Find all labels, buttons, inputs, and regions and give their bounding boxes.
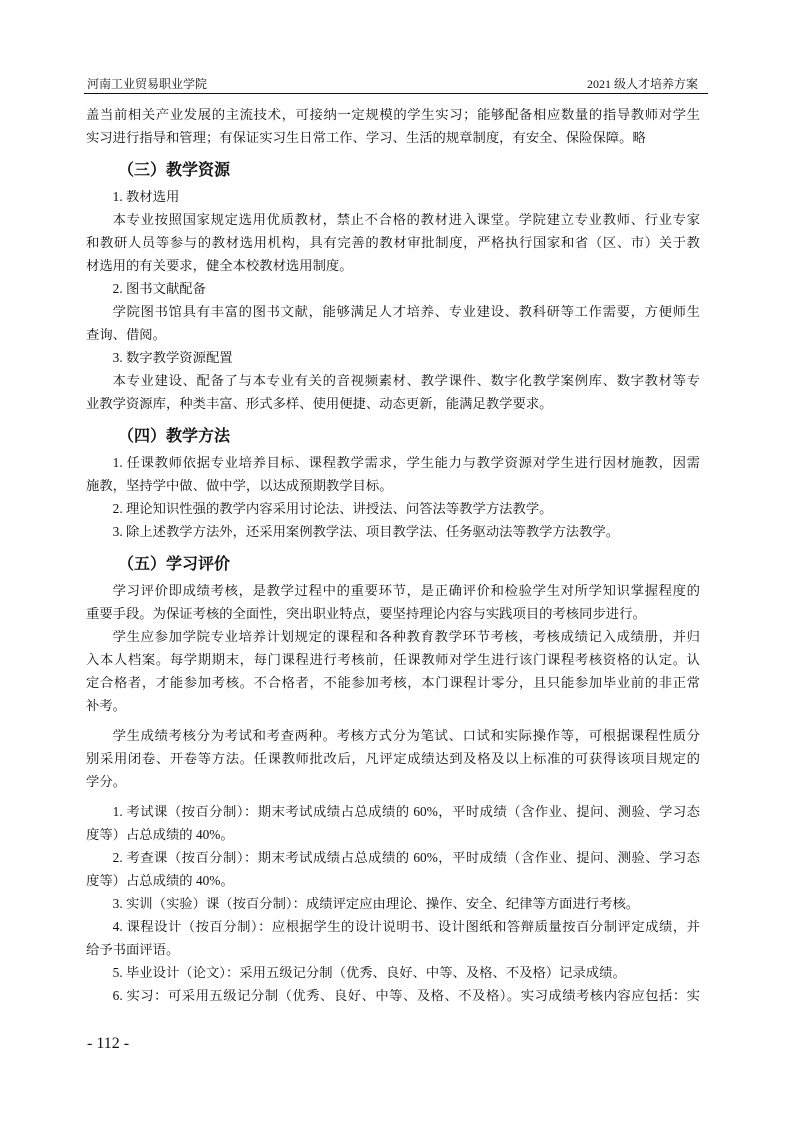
- text-line: 3. 数字教学资源配置: [86, 346, 700, 369]
- list-item: 2. 理论知识性强的教学内容采用讨论法、讲授法、问答法等教学方法教学。: [86, 497, 700, 520]
- text-line: 业教学资源库，种类丰富、形式多样、使用便捷、动态更新，能满足教学要求。: [86, 392, 700, 415]
- text-line: 3. 实训（实验）课（按百分制）：成绩评定应由理论、操作、安全、纪律等方面进行考…: [86, 892, 700, 915]
- text-line: 1. 考试课（按百分制）：期末考试成绩占总成绩的 60%，平时成绩（含作业、提问…: [86, 800, 700, 823]
- section-heading: （五）学习评价: [86, 551, 700, 579]
- text-line: 6. 实习：可采用五级记分制（优秀、良好、中等、及格、不及格）。实习成绩考核内容…: [86, 984, 700, 1007]
- text-line: 2. 理论知识性强的教学内容采用讨论法、讲授法、问答法等教学方法教学。: [86, 497, 700, 520]
- list-item: 4. 课程设计（按百分制）：应根据学生的设计说明书、设计图纸和答辩质量按百分制评…: [86, 915, 700, 961]
- text-line: 学生应参加学院专业培养计划规定的课程和各种教育教学环节考核，考核成绩记入成绩册，…: [86, 625, 700, 648]
- text-line: 学生成绩考核分为考试和考查两种。考核方式分为笔试、口试和实际操作等，可根据课程性…: [86, 724, 700, 747]
- text-line: 度等）占总成绩的 40%。: [86, 869, 700, 892]
- text-line: 5. 毕业设计（论文）：采用五级记分制（优秀、良好、中等、及格、不及格）记录成绩…: [86, 961, 700, 984]
- list-item: 5. 毕业设计（论文）：采用五级记分制（优秀、良好、中等、及格、不及格）记录成绩…: [86, 961, 700, 984]
- text-line: 学院图书馆具有丰富的图书文献，能够满足人才培养、专业建设、教科研等工作需要，方便…: [86, 300, 700, 323]
- text-line: 补考。: [86, 694, 700, 717]
- text-line: 材选用的有关要求，健全本校教材选用制度。: [86, 254, 700, 277]
- paragraph-library-resources: 学院图书馆具有丰富的图书文献，能够满足人才培养、专业建设、教科研等工作需要，方便…: [86, 300, 700, 346]
- text-line: 实习进行指导和管理；有保证实习生日常工作、学习、生活的规章制度，有安全、保险保障…: [86, 126, 700, 149]
- document-page: 河南工业贸易职业学院 2021 级人才培养方案 盖当前相关产业发展的主流技术，可…: [0, 0, 793, 1122]
- text-line: 施教，坚持学中做、做中学，以达成预期教学目标。: [86, 474, 700, 497]
- text-line: 4. 课程设计（按百分制）：应根据学生的设计说明书、设计图纸和答辩质量按百分制评…: [86, 915, 700, 938]
- text-line: 1. 教材选用: [86, 185, 700, 208]
- text-line: 2. 图书文献配备: [86, 277, 700, 300]
- text-line: 查询、借阅。: [86, 323, 700, 346]
- text-line: 别采用闭卷、开卷等方法。任课教师批改后，凡评定成绩达到及格及以上标准的可获得该项…: [86, 747, 700, 770]
- list-item: 3. 除上述教学方法外，还采用案例教学法、项目教学法、任务驱动法等教学方法教学。: [86, 520, 700, 543]
- text-line: 2. 考查课（按百分制）：期末考试成绩占总成绩的 60%，平时成绩（含作业、提问…: [86, 846, 700, 869]
- paragraph: 学生成绩考核分为考试和考查两种。考核方式分为笔试、口试和实际操作等，可根据课程性…: [86, 724, 700, 793]
- section-heading: （三）教学资源: [86, 157, 700, 185]
- text-line: 学习评价即成绩考核，是教学过程中的重要环节，是正确评价和检验学生对所学知识掌握程…: [86, 579, 700, 602]
- subheading-textbook-selection: 1. 教材选用: [86, 185, 700, 208]
- subheading-library-resources: 2. 图书文献配备: [86, 277, 700, 300]
- section-teaching-methods: （四）教学方法 1. 任课教师依据专业培养目标、课程教学需求，学生能力与教学资源…: [86, 423, 700, 543]
- header-institution: 河南工业贸易职业学院: [87, 75, 207, 93]
- running-header: 河南工业贸易职业学院 2021 级人才培养方案: [84, 75, 708, 94]
- text-line: 定合格者，才能参加考核。不合格者，不能参加考核，本门课程计零分，且只能参加毕业前…: [86, 671, 700, 694]
- intro-paragraph: 盖当前相关产业发展的主流技术，可接纳一定规模的学生实习；能够配备相应数量的指导教…: [86, 103, 700, 149]
- paragraph-textbook-selection: 本专业按照国家规定选用优质教材，禁止不合格的教材进入课堂。学院建立专业教师、行业…: [86, 208, 700, 277]
- paragraph: 学习评价即成绩考核，是教学过程中的重要环节，是正确评价和检验学生对所学知识掌握程…: [86, 579, 700, 625]
- list-item: 1. 考试课（按百分制）：期末考试成绩占总成绩的 60%，平时成绩（含作业、提问…: [86, 800, 700, 846]
- text-line: 度等）占总成绩的 40%。: [86, 823, 700, 846]
- text-line: 3. 除上述教学方法外，还采用案例教学法、项目教学法、任务驱动法等教学方法教学。: [86, 520, 700, 543]
- section-learning-evaluation: （五）学习评价 学习评价即成绩考核，是教学过程中的重要环节，是正确评价和检验学生…: [86, 551, 700, 1007]
- text-line: 学分。: [86, 770, 700, 793]
- paragraph: 学生应参加学院专业培养计划规定的课程和各种教育教学环节考核，考核成绩记入成绩册，…: [86, 625, 700, 717]
- list-item: 6. 实习：可采用五级记分制（优秀、良好、中等、及格、不及格）。实习成绩考核内容…: [86, 984, 700, 1007]
- text-line: 1. 任课教师依据专业培养目标、课程教学需求，学生能力与教学资源对学生进行因材施…: [86, 451, 700, 474]
- list-item: 3. 实训（实验）课（按百分制）：成绩评定应由理论、操作、安全、纪律等方面进行考…: [86, 892, 700, 915]
- section-heading: （四）教学方法: [86, 423, 700, 451]
- page-content: 盖当前相关产业发展的主流技术，可接纳一定规模的学生实习；能够配备相应数量的指导教…: [86, 103, 700, 1007]
- page-number: - 112 -: [87, 1034, 129, 1054]
- text-line: 重要手段。为保证考核的全面性，突出职业特点，要坚持理论内容与实践项目的考核同步进…: [86, 602, 700, 625]
- paragraph-digital-resources: 本专业建设、配备了与本专业有关的音视频素材、教学课件、数字化教学案例库、数字教材…: [86, 369, 700, 415]
- header-document-title: 2021 级人才培养方案: [587, 75, 698, 93]
- text-line: 入本人档案。每学期期末，每门课程进行考核前，任课教师对学生进行该门课程考核资格的…: [86, 648, 700, 671]
- section-teaching-resources: （三）教学资源 1. 教材选用 本专业按照国家规定选用优质教材，禁止不合格的教材…: [86, 157, 700, 415]
- list-item: 1. 任课教师依据专业培养目标、课程教学需求，学生能力与教学资源对学生进行因材施…: [86, 451, 700, 497]
- text-line: 和教研人员等参与的教材选用机构，具有完善的教材审批制度，严格执行国家和省（区、市…: [86, 231, 700, 254]
- text-line: 盖当前相关产业发展的主流技术，可接纳一定规模的学生实习；能够配备相应数量的指导教…: [86, 103, 700, 126]
- text-line: 本专业按照国家规定选用优质教材，禁止不合格的教材进入课堂。学院建立专业教师、行业…: [86, 208, 700, 231]
- text-line: 本专业建设、配备了与本专业有关的音视频素材、教学课件、数字化教学案例库、数字教材…: [86, 369, 700, 392]
- text-line: 给予书面评语。: [86, 938, 700, 961]
- list-item: 2. 考查课（按百分制）：期末考试成绩占总成绩的 60%，平时成绩（含作业、提问…: [86, 846, 700, 892]
- subheading-digital-resources: 3. 数字教学资源配置: [86, 346, 700, 369]
